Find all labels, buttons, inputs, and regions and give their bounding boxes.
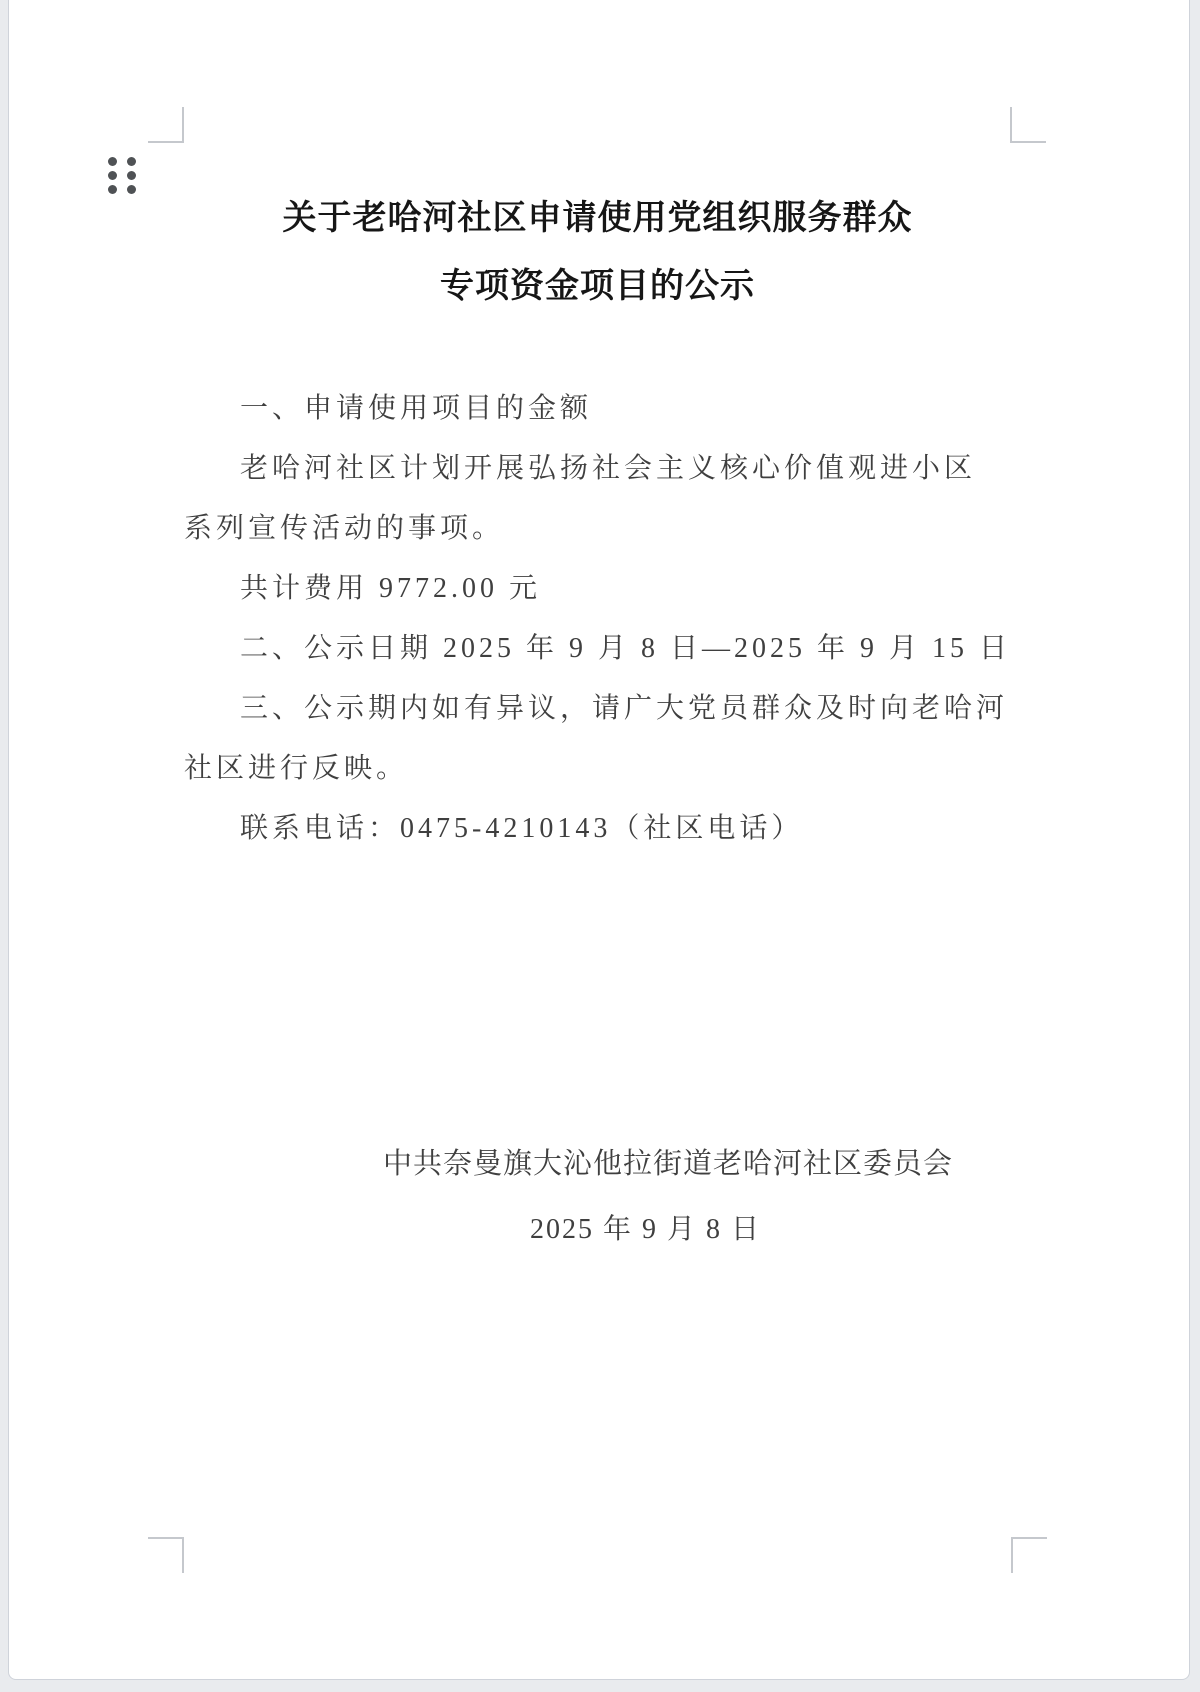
body-line-section-1-heading: 一、申请使用项目的金额 [184, 379, 1011, 439]
crop-mark-top-left [148, 107, 184, 143]
body-line-project-desc-2: 系列宣传活动的事项。 [184, 499, 1011, 559]
crop-mark-bottom-right [1011, 1537, 1047, 1573]
document-body: 一、申请使用项目的金额 老哈河社区计划开展弘扬社会主义核心价值观进小区 系列宣传… [184, 379, 1011, 859]
dot [127, 157, 136, 166]
body-line-total-cost: 共计费用 9772.00 元 [184, 559, 1011, 619]
document-page: 关于老哈河社区申请使用党组织服务群众 专项资金项目的公示 一、申请使用项目的金额… [8, 0, 1190, 1680]
title-line-2: 专项资金项目的公示 [184, 253, 1011, 321]
dot [127, 185, 136, 194]
text-area: 关于老哈河社区申请使用党组织服务群众 专项资金项目的公示 一、申请使用项目的金额… [184, 0, 1011, 1681]
signature-organization: 中共奈曼旗大沁他拉街道老哈河社区委员会 [184, 1142, 1011, 1186]
body-line-project-desc-1: 老哈河社区计划开展弘扬社会主义核心价值观进小区 [184, 439, 1011, 499]
dot [108, 157, 117, 166]
signature-block: 中共奈曼旗大沁他拉街道老哈河社区委员会 2025 年 9 月 8 日 [184, 1142, 1011, 1252]
crop-mark-top-right [1010, 107, 1046, 143]
dot [127, 171, 136, 180]
dot [108, 171, 117, 180]
signature-date: 2025 年 9 月 8 日 [184, 1208, 1011, 1252]
body-line-section-2-dates: 二、公示日期 2025 年 9 月 8 日—2025 年 9 月 15 日 [184, 619, 1011, 679]
body-line-contact-phone: 联系电话：0475-4210143（社区电话） [184, 799, 1011, 859]
dot [108, 185, 117, 194]
drag-handle-dots-icon[interactable] [108, 157, 136, 194]
crop-mark-bottom-left [148, 1537, 184, 1573]
document-title: 关于老哈河社区申请使用党组织服务群众 专项资金项目的公示 [184, 185, 1011, 321]
body-line-section-3-objection-1: 三、公示期内如有异议，请广大党员群众及时向老哈河 [184, 679, 1011, 739]
title-line-1: 关于老哈河社区申请使用党组织服务群众 [184, 185, 1011, 253]
body-line-section-3-objection-2: 社区进行反映。 [184, 739, 1011, 799]
